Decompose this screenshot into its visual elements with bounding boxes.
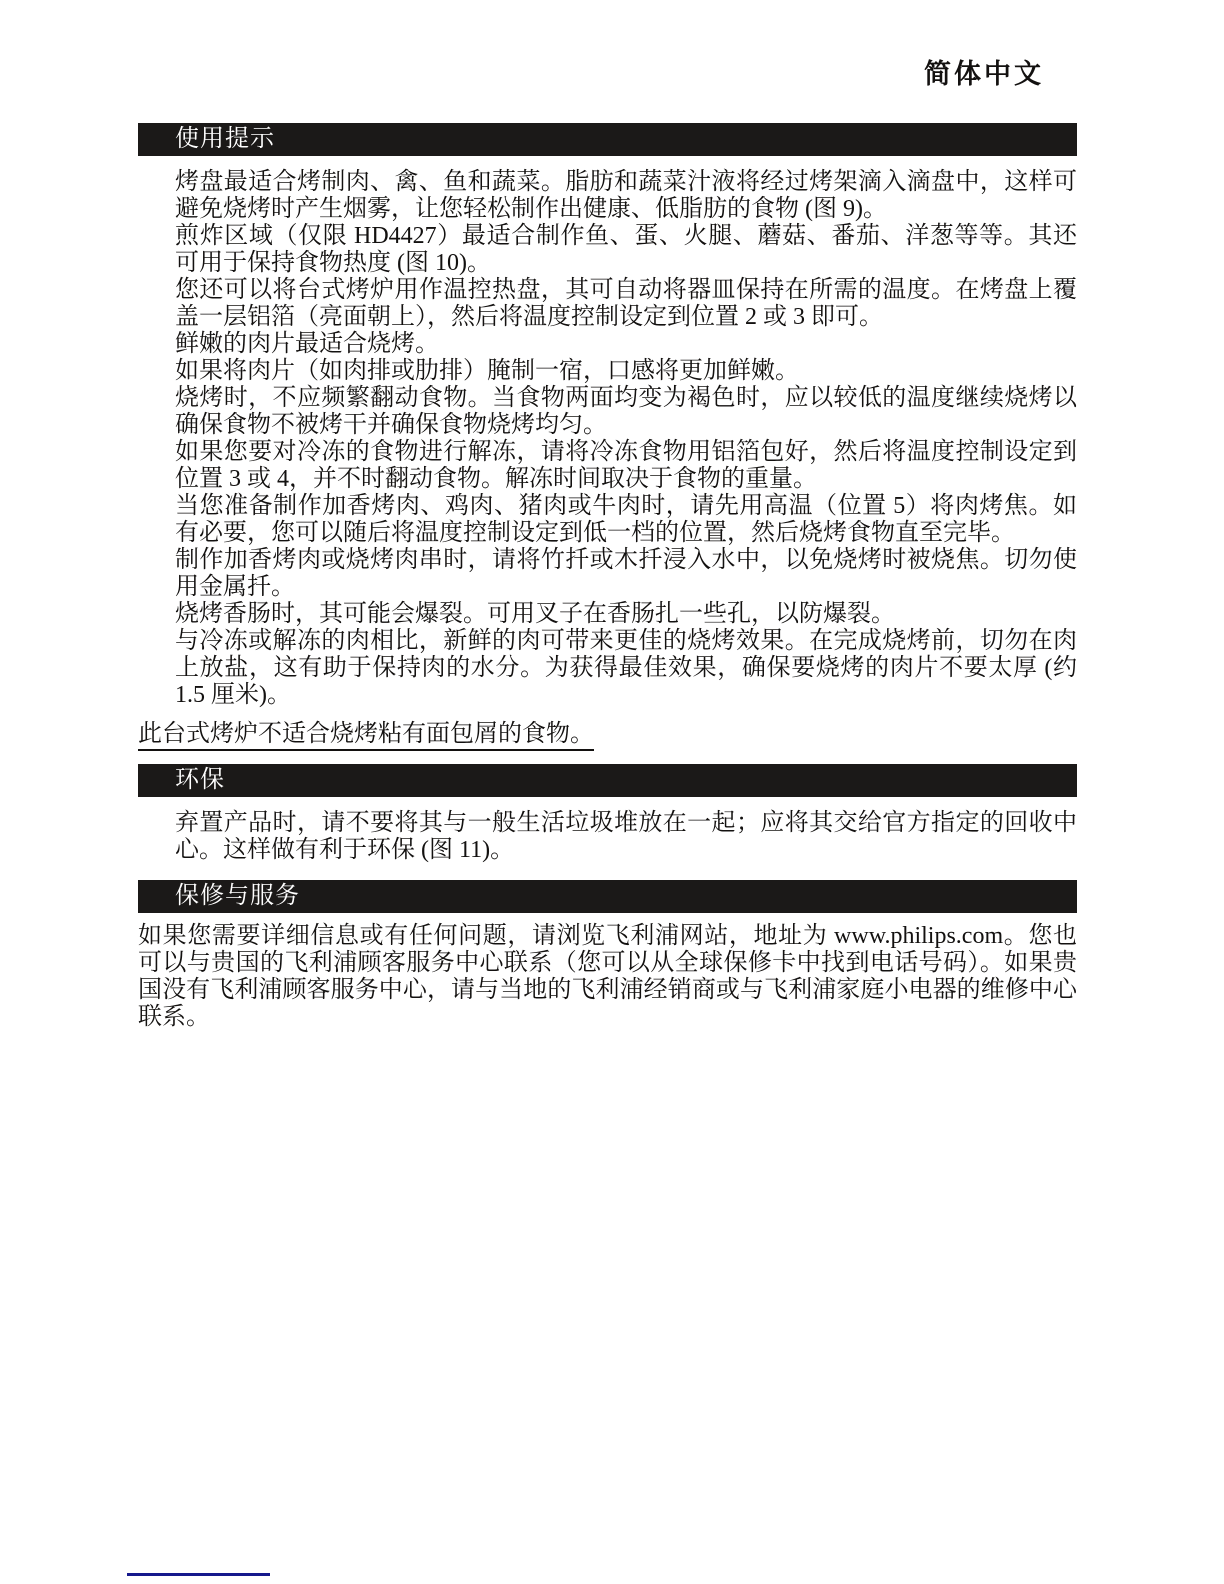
section-header-warranty: 保修与服务 — [138, 880, 1077, 913]
language-label: 简体中文 — [924, 52, 1044, 91]
usage-tips-paragraph: 鲜嫩的肉片最适合烧烤。 — [175, 331, 1077, 358]
usage-tips-paragraph: 您还可以将台式烤炉用作温控热盘，其可自动将器皿保持在所需的温度。在烤盘上覆盖一层… — [175, 277, 1077, 331]
section-header-usage-tips: 使用提示 — [138, 123, 1077, 156]
usage-tips-paragraph: 如果您要对冷冻的食物进行解冻，请将冷冻食物用铝箔包好，然后将温度控制设定到位置 … — [175, 439, 1077, 493]
usage-tips-paragraph: 制作加香烤肉或烧烤肉串时，请将竹扦或木扦浸入水中，以免烧烤时被烧焦。切勿使用金属… — [175, 547, 1077, 601]
section-title-environment: 环保 — [175, 767, 225, 793]
section-header-environment: 环保 — [138, 764, 1077, 797]
manual-page: 简体中文 使用提示 烤盘最适合烤制肉、禽、鱼和蔬菜。脂肪和蔬菜汁液将经过烤架滴入… — [0, 0, 1224, 1584]
section-title-usage-tips: 使用提示 — [175, 126, 275, 152]
usage-tips-paragraph: 烧烤香肠时，其可能会爆裂。可用叉子在香肠扎一些孔，以防爆裂。 — [175, 601, 1077, 628]
usage-tips-body: 烤盘最适合烤制肉、禽、鱼和蔬菜。脂肪和蔬菜汁液将经过烤架滴入滴盘中，这样可避免烧… — [175, 169, 1077, 709]
usage-tips-paragraph: 烤盘最适合烤制肉、禽、鱼和蔬菜。脂肪和蔬菜汁液将经过烤架滴入滴盘中，这样可避免烧… — [175, 169, 1077, 223]
breadcrumb-food-note-text: 此台式烤炉不适合烧烤粘有面包屑的食物。 — [138, 721, 594, 751]
breadcrumb-food-note: 此台式烤炉不适合烧烤粘有面包屑的食物。 — [138, 721, 1077, 748]
footer-rule — [127, 1573, 270, 1576]
page-content: 使用提示 烤盘最适合烤制肉、禽、鱼和蔬菜。脂肪和蔬菜汁液将经过烤架滴入滴盘中，这… — [138, 123, 1077, 1031]
usage-tips-paragraph: 与冷冻或解冻的肉相比，新鲜的肉可带来更佳的烧烤效果。在完成烧烤前，切勿在肉上放盐… — [175, 628, 1077, 709]
environment-body: 弃置产品时，请不要将其与一般生活垃圾堆放在一起；应将其交给官方指定的回收中心。这… — [175, 810, 1077, 864]
usage-tips-paragraph: 煎炸区域（仅限 HD4427）最适合制作鱼、蛋、火腿、蘑菇、番茄、洋葱等等。其还… — [175, 223, 1077, 277]
environment-paragraph: 弃置产品时，请不要将其与一般生活垃圾堆放在一起；应将其交给官方指定的回收中心。这… — [175, 810, 1077, 864]
usage-tips-paragraph: 如果将肉片（如肉排或肋排）腌制一宿，口感将更加鲜嫩。 — [175, 358, 1077, 385]
section-title-warranty: 保修与服务 — [175, 883, 300, 909]
usage-tips-paragraph: 当您准备制作加香烤肉、鸡肉、猪肉或牛肉时，请先用高温（位置 5）将肉烤焦。如有必… — [175, 493, 1077, 547]
usage-tips-paragraph: 烧烤时，不应频繁翻动食物。当食物两面均变为褐色时，应以较低的温度继续烧烤以确保食… — [175, 385, 1077, 439]
warranty-body: 如果您需要详细信息或有任何问题，请浏览飞利浦网站，地址为 www.philips… — [138, 923, 1077, 1031]
warranty-paragraph: 如果您需要详细信息或有任何问题，请浏览飞利浦网站，地址为 www.philips… — [138, 923, 1077, 1031]
